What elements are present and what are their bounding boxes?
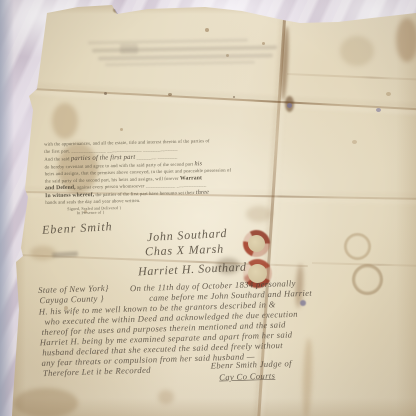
photo: with the appurtenances, and all the esta…	[0, 0, 416, 416]
photo-vignette	[0, 0, 416, 416]
